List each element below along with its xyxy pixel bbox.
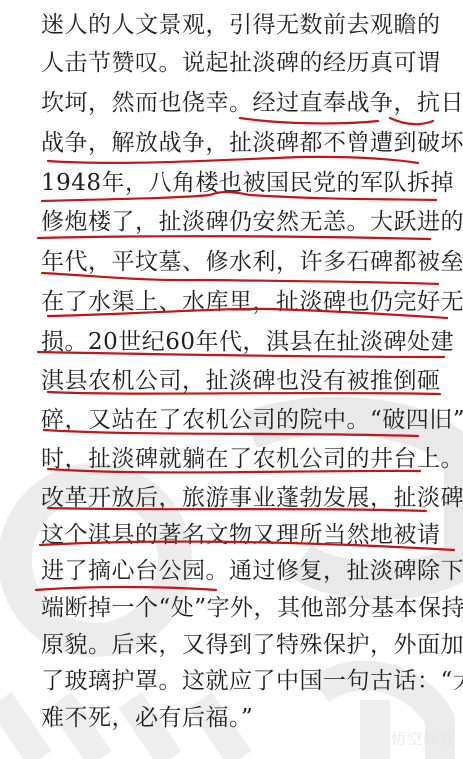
text-line: 淇县农机公司，扯淡碑也没有被推倒砸	[41, 366, 434, 396]
text-line: 迷人的人文景观，引得无数前去观瞻的	[41, 10, 434, 40]
text-line: 这个淇县的著名文物又理所当然地被请	[41, 520, 434, 550]
text-line: 原貌。后来，又得到了特殊保护，外面加	[41, 630, 434, 660]
text-line: 了玻璃护罩。这就应了中国一句古话：“大	[41, 666, 434, 696]
text-line: 时，扯淡碑就躺在了农机公司的井台上。	[41, 444, 434, 474]
text-line: 难不死，必有后福。”	[41, 703, 434, 733]
text-line: 1948年，八角楼也被国民党的军队拆掉	[41, 168, 434, 198]
document-page: 迷人的人文景观，引得无数前去观瞻的 人击节赞叹。说起扯淡碑的经历真可谓 坎坷，然…	[0, 0, 463, 759]
text-line: 坎坷，然而也侥幸。经过直奉战争，抗日	[41, 88, 434, 118]
text-line: 年代，平坟墓、修水利，许多石碑都被垒	[41, 247, 434, 277]
text-line: 修炮楼了，扯淡碑仍安然无恙。大跃进的	[41, 207, 434, 237]
text-line: 损。20世纪60年代，淇县在扯淡碑处建	[41, 327, 434, 357]
brand-watermark: 悟空问答	[391, 728, 455, 749]
text-line: 改革开放后，旅游事业蓬勃发展，扯淡碑	[41, 483, 434, 513]
text-line: 碎，又站在了农机公司的院中。“破四旧”	[41, 405, 434, 435]
text-line: 战争，解放战争，扯淡碑都不曾遭到破坏。	[41, 128, 434, 158]
text-line: 进了摘心台公园。通过修复，扯淡碑除下	[41, 556, 434, 586]
text-line: 人击节赞叹。说起扯淡碑的经历真可谓	[41, 48, 434, 78]
text-line: 在了水渠上、水库里，扯淡碑也仍完好无	[41, 287, 434, 317]
text-line: 端断掉一个“处”字外，其他部分基本保持	[41, 593, 434, 623]
